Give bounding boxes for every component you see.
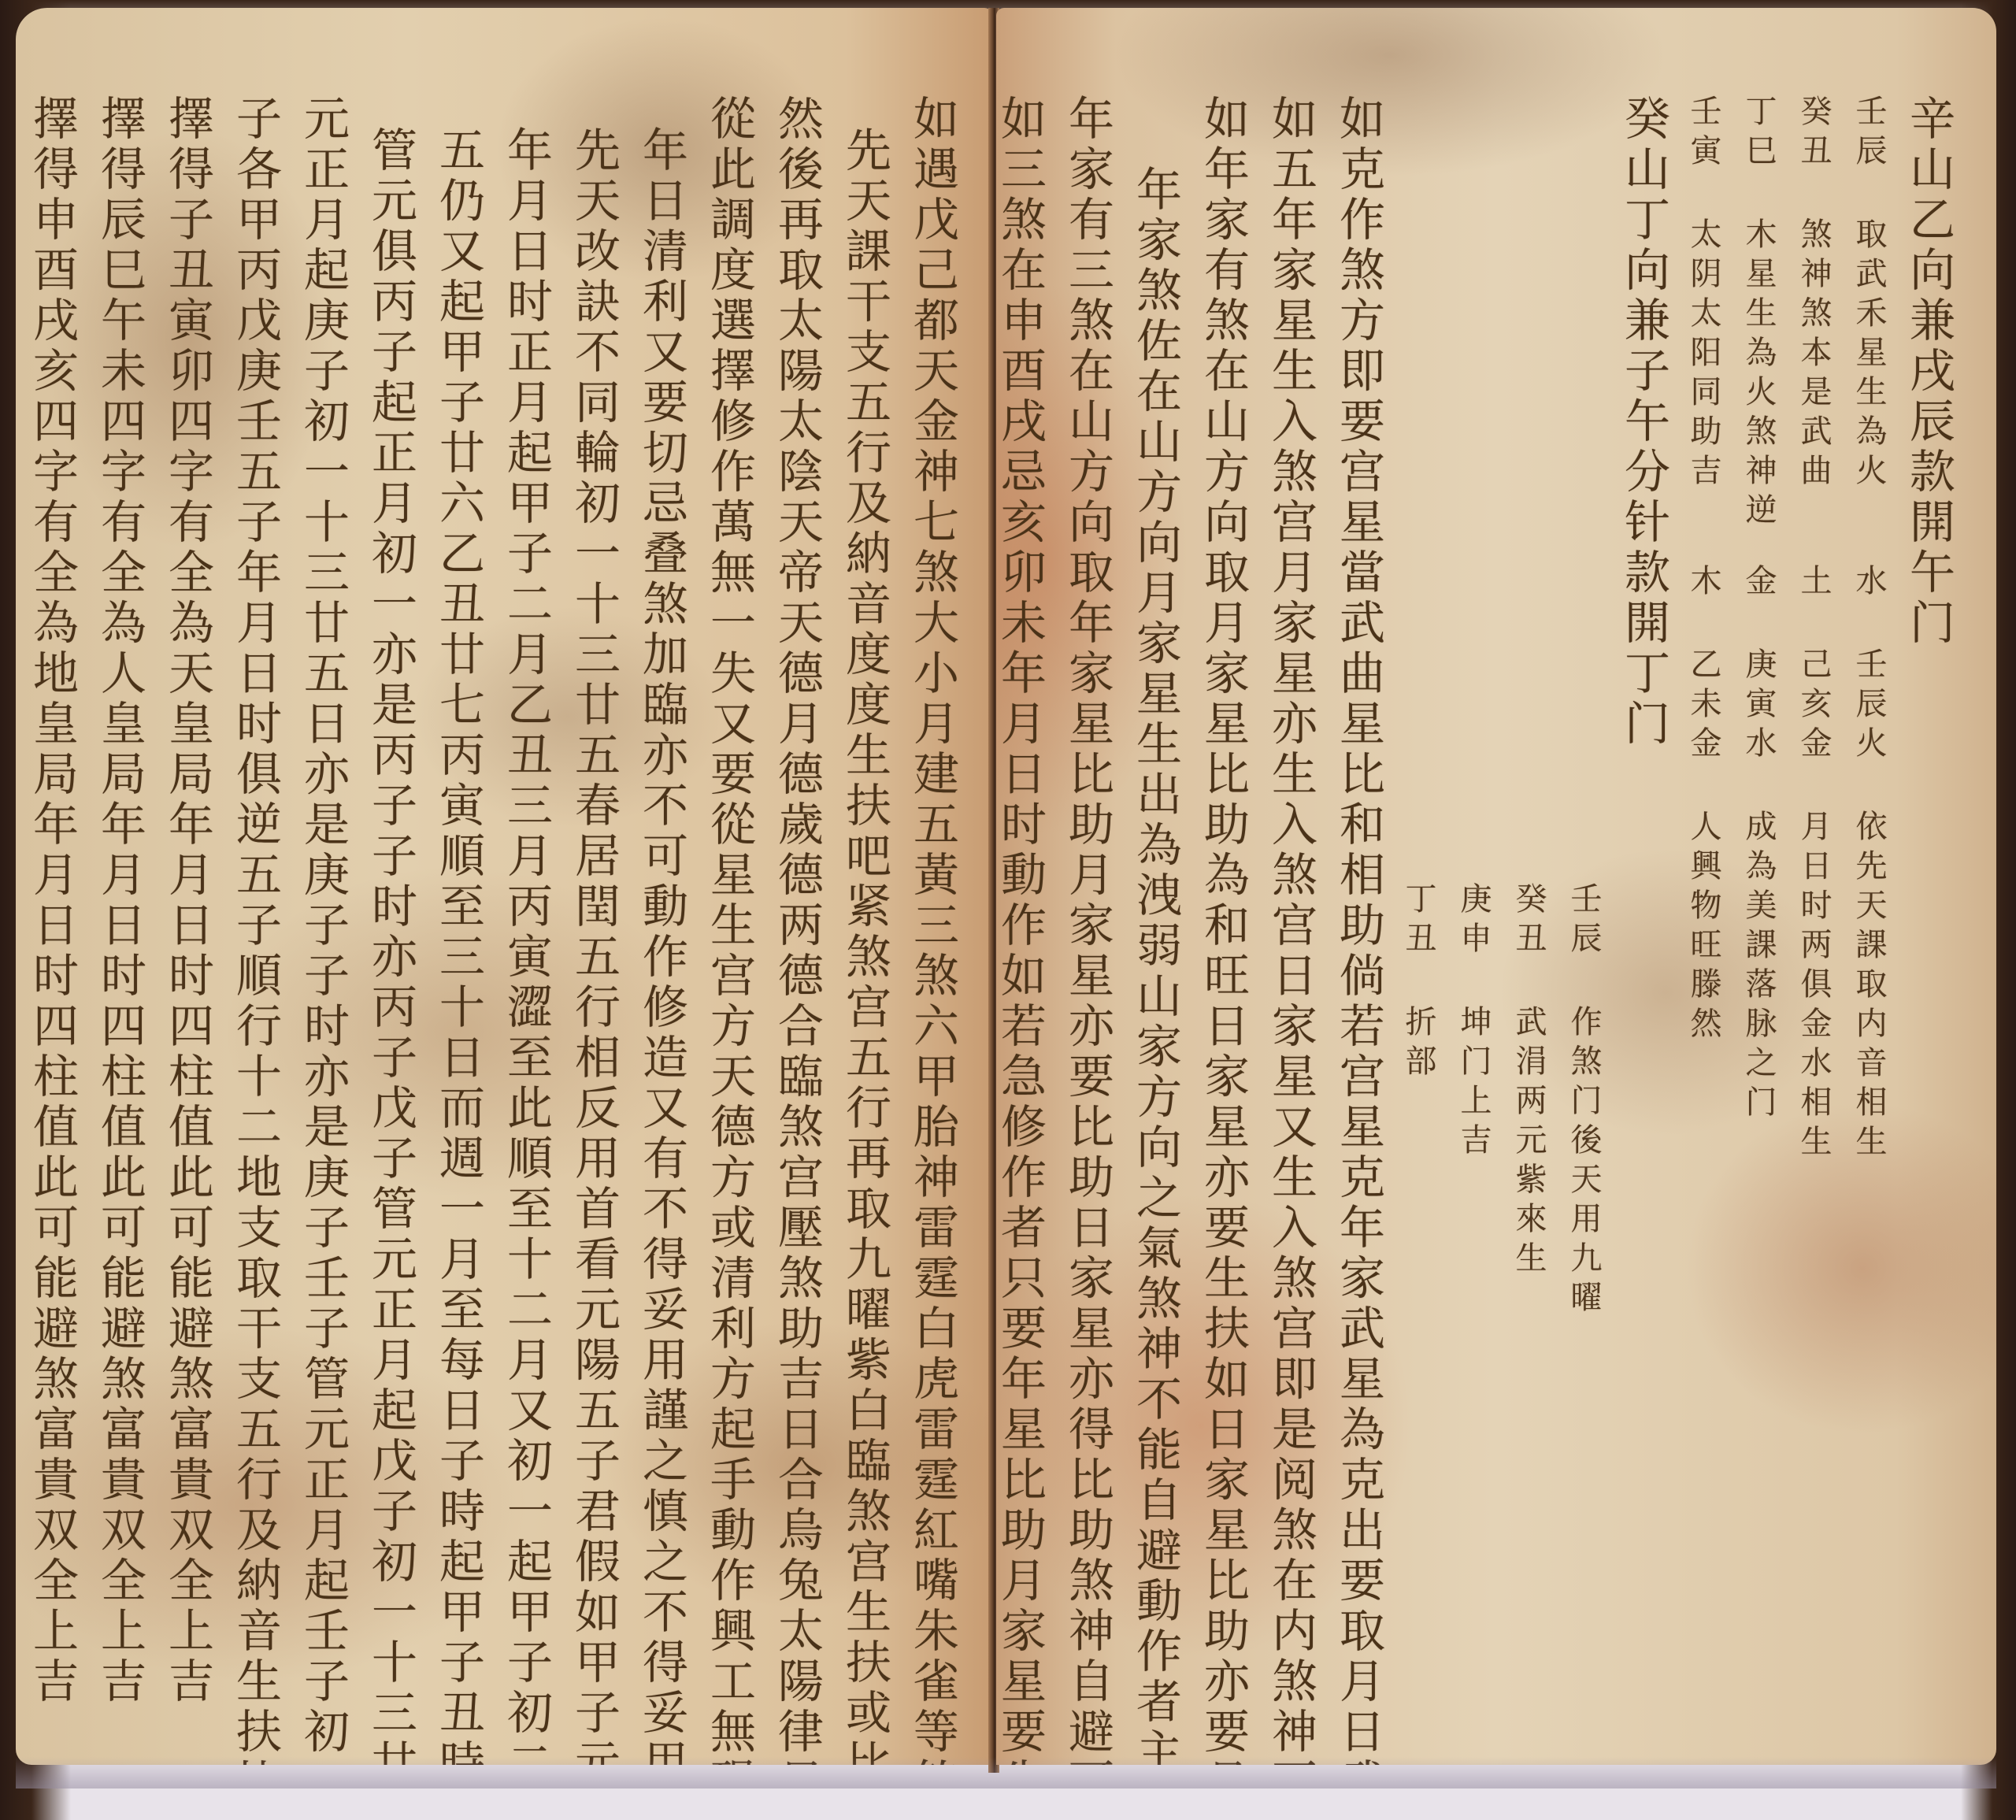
table-c-row: 丁丑 折部 — [1398, 882, 1439, 1320]
row-text: 依先天課取内音相生 — [1851, 810, 1887, 1164]
annotation-tables-3: 壬辰 作煞门後天用九曜 癸丑 武涓两元紫來生 庚申 坤门上吉 丁丑 折部 — [1398, 95, 1604, 1718]
text-column: 管元俱丙子起正月初一亦是丙子子时亦丙子戊子管元正月起戊子初一十三廿五日亦是戊子子… — [362, 95, 419, 1718]
row-text: 木星生為火煞神逆 — [1740, 217, 1777, 532]
open-manuscript-book: 如遇戊己都天金神七煞大小月建五黃三煞六甲胎神雷霆白虎雷霆紅嘴朱雀等煞佐在山方向倘… — [0, 0, 2016, 1820]
text-column: 年日清利又要切忌叠煞加臨亦不可動作修造又有不得妥用謹之慎之不得妥用 — [633, 95, 690, 1718]
row-text: 坤门上吉 — [1455, 1005, 1492, 1162]
row-text: 武涓两元紫來生 — [1510, 1005, 1547, 1281]
text-column: 擇得申酉戌亥四字有全為地皇局年月日时四柱值此可能避煞富貴双全上吉 相沖為害切宜順… — [24, 95, 80, 1718]
table-b: 水 壬辰火 依先天課取内音相生 土 己亥金 月日时两俱金水相生 金 庚寅水 成為… — [1683, 564, 1889, 1164]
text-column: 然後再取太陽太陰天帝天德月德歲德两德合臨煞宫壓煞助吉日合烏兔太陽律呂天陽雷霆大陽… — [769, 95, 825, 1718]
row-head: 癸丑 — [1795, 95, 1832, 173]
table-c-row: 壬辰 作煞门後天用九曜 — [1563, 882, 1604, 1320]
row-text: 取武禾星生為火 — [1851, 217, 1887, 493]
text-column: 如遇戊己都天金神七煞大小月建五黃三煞六甲胎神雷霆白虎雷霆紅嘴朱雀等煞佐在山方向倘… — [904, 95, 961, 1718]
row-text: 人興物旺滕然 — [1685, 810, 1721, 1046]
table-b-row: 木 乙未金 人興物旺滕然 — [1683, 564, 1724, 1164]
table-a-row: 丁巳 木星生為火煞神逆 — [1738, 95, 1779, 532]
text-column: 年月日时正月起甲子二月乙丑三月丙寅澀至此順至十二月又初一起甲子初二乙丑順（十三復… — [498, 95, 554, 1718]
row-head: 壬辰 — [1851, 95, 1887, 173]
row-text: 作煞门後天用九曜 — [1566, 1005, 1602, 1320]
page-shadow — [16, 1757, 1996, 1788]
text-column: 先天改訣不同輪初一十三廿五春居閏五行相反用首看元陽五子君假如甲子元頭至乙亥管十二… — [565, 95, 622, 1718]
table-a-row: 壬辰 取武禾星生為火 — [1848, 95, 1889, 532]
text-column: 年家有三煞在山方向取年家星比助月家星亦要比助日家星亦得比助煞神自避可獲禎祥 — [1059, 95, 1116, 1718]
row-head: 壬辰 — [1566, 882, 1602, 961]
text-column: 子各甲丙戊庚壬五子年月日时俱逆五子順行十二地支取干支五行及納音生扶比和山方向之五… — [227, 95, 283, 1718]
text-column: 擇得子丑寅卯四字有全為天皇局年月日时四柱值此可能避煞富貴双全上吉 以上三局天干地… — [159, 95, 216, 1718]
left-page-text-columns: 如遇戊己都天金神七煞大小月建五黃三煞六甲胎神雷霆白虎雷霆紅嘴朱雀等煞佐在山方向倘… — [63, 95, 961, 1718]
row-head: 水 壬辰火 — [1851, 564, 1887, 765]
left-page: 如遇戊己都天金神七煞大小月建五黃三煞六甲胎神雷霆白虎雷霆紅嘴朱雀等煞佐在山方向倘… — [16, 8, 992, 1765]
header-line-1: 辛山乙向兼戌辰款開午门 — [1900, 95, 1957, 1718]
text-column: 如年家有煞在山方向取月家星比助為和旺日家星亦要生扶如日家星比助亦要月星生扶可得煞… — [1195, 95, 1251, 1718]
table-a-row: 壬寅 太阴太阳同助吉 — [1683, 95, 1724, 532]
table-c-row: 庚申 坤门上吉 — [1453, 882, 1494, 1320]
annotation-tables: 壬辰 取武禾星生為火 癸丑 煞神煞本是武曲 丁巳 木星生為火煞神逆 壬寅 太阴太… — [1683, 95, 1889, 1718]
text-column: 擇得辰巳午未四字有全為人皇局年月日时四柱值此可能避煞富貴双全上吉 曜武星生宫星或… — [91, 95, 148, 1718]
text-column: 先天課干支五行及納音度度生扶吧紧煞宫五行再取九曜紫白臨煞宫生扶或比助和旺煞宫或宫… — [836, 95, 893, 1718]
right-page: 辛山乙向兼戌辰款開午门 壬辰 取武禾星生為火 癸丑 煞神煞本是武曲 丁巳 木星生… — [996, 8, 1996, 1765]
row-head: 金 庚寅水 — [1740, 564, 1777, 765]
row-text: 成為美課落脉之门 — [1740, 810, 1777, 1125]
row-text: 折部 — [1400, 1005, 1436, 1084]
table-b-row: 水 壬辰火 依先天課取内音相生 — [1848, 564, 1889, 1164]
row-head: 癸丑 — [1510, 882, 1547, 961]
row-head: 木 乙未金 — [1685, 564, 1721, 765]
row-head: 庚申 — [1455, 882, 1492, 961]
table-b-row: 金 庚寅水 成為美課落脉之门 — [1738, 564, 1779, 1164]
row-text: 月日时两俱金水相生 — [1795, 810, 1832, 1164]
right-page-text-columns: 辛山乙向兼戌辰款開午门 壬辰 取武禾星生為火 癸丑 煞神煞本是武曲 丁巳 木星生… — [1028, 95, 1957, 1718]
row-text: 太阴太阳同助吉 — [1685, 217, 1721, 493]
row-head: 壬寅 — [1685, 95, 1721, 173]
table-c-row: 癸丑 武涓两元紫來生 — [1508, 882, 1549, 1320]
annotation-tables-2: 癸山丁向兼子午分针款開丁门 — [1615, 95, 1672, 1718]
text-column: 如三煞在申酉戌忌亥卯未年月日时動作如若急修作者只要年星比助月家星要生扶克出洩一和… — [996, 95, 1048, 1718]
table-a-row: 癸丑 煞神煞本是武曲 — [1793, 95, 1834, 532]
text-column: 從此調度選擇修作萬無一失又要從星生宫方天德方或清利方起手動作興工無碍如若年不利吉… — [701, 95, 758, 1718]
row-head: 丁巳 — [1740, 95, 1777, 173]
row-head: 土 己亥金 — [1795, 564, 1832, 765]
text-column: 年家煞佐在山方向月家星生出為洩弱山家方向之氣煞神不能自避動作者主頃家敗屋大凶 — [1127, 95, 1184, 1718]
text-column: 如五年家星生入煞宫月家星亦生入煞宫日家星又生入煞宫即是阅煞在内煞神不避主損丁退財… — [1262, 95, 1319, 1718]
row-head: 丁丑 — [1400, 882, 1436, 961]
table-b-row: 土 己亥金 月日时两俱金水相生 — [1793, 564, 1834, 1164]
text-column: 五仍又起甲子廿六乙丑廿七丙寅順至三十日而週一月至每日子時起甲子丑時乙丑寅时以寅順… — [430, 95, 487, 1718]
table-a: 壬辰 取武禾星生為火 癸丑 煞神煞本是武曲 丁巳 木星生為火煞神逆 壬寅 太阴太… — [1683, 95, 1889, 532]
text-column: 元正月起庚子初一十三廿五日亦是庚子子时亦是庚子壬子管元正月起壬子初一十三廿五日亦… — [295, 95, 351, 1718]
row-text: 煞神煞本是武曲 — [1795, 217, 1832, 493]
table-c: 壬辰 作煞门後天用九曜 癸丑 武涓两元紫來生 庚申 坤门上吉 丁丑 折部 — [1398, 882, 1604, 1320]
text-column: 如克作煞方即要宫星當武曲星比和相助倘若宫星克年家武星為克出要取月日武星為宫星比和… — [1330, 95, 1387, 1718]
header-line-2: 癸山丁向兼子午分针款開丁门 — [1615, 95, 1672, 750]
